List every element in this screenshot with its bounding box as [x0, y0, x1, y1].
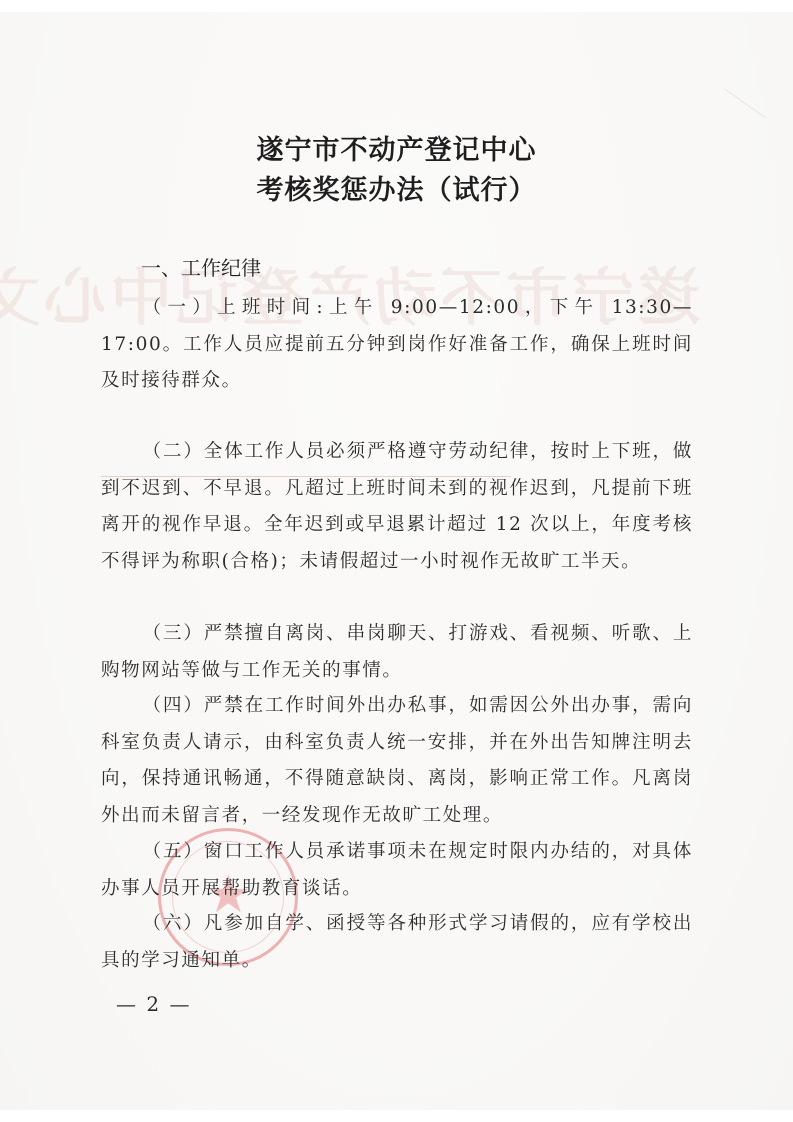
paragraph-5: （五）窗口工作人员承诺事项未在规定时限内办结的，对具体办事人员开展帮助教育谈话。 [101, 834, 693, 907]
paragraph-3: （三）严禁擅自离岗、串岗聊天、打游戏、看视频、听歌、上购物网站等做与工作无关的事… [101, 616, 693, 689]
page-number: — 2 — [116, 992, 191, 1016]
document-page: 遂宁市不动产登记中心文件 遂宁市不动产登记中心 考核奖惩办法（试行） 一、工作纪… [0, 0, 793, 1122]
paragraph-6: （六）凡参加自学、函授等各种形式学习请假的，应有学校出具的学习通知单。 [101, 906, 693, 979]
scan-margin-top [0, 0, 793, 12]
paragraph-4: （四）严禁在工作时间外出办私事，如需因公外出办事，需向科室负责人请示，由科室负责… [101, 688, 693, 834]
paragraph-1: （一）上班时间:上午 9:00—12:00，下午 13:30—17:00。工作人… [101, 290, 693, 400]
section-heading: 一、工作纪律 [141, 252, 261, 281]
document-title-line1: 遂宁市不动产登记中心 [0, 128, 793, 167]
paper-fold-mark [724, 23, 793, 118]
scan-margin-bottom [0, 1110, 793, 1122]
document-title-line2: 考核奖惩办法（试行） [0, 168, 793, 207]
paragraph-2: （二）全体工作人员必须严格遵守劳动纪律，按时上下班，做到不迟到、不早退。凡超过上… [101, 434, 693, 580]
pen-underline-mark [101, 476, 511, 477]
